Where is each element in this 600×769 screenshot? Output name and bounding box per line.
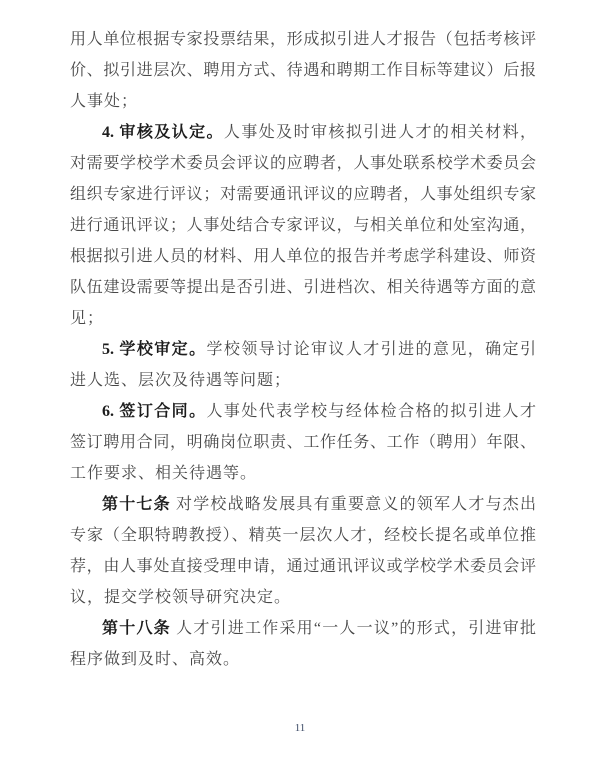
line-text: 荐，由人事处直接受理申请，通过通讯评议或学校学术委员会评 <box>70 558 536 575</box>
section-label: 5. 学校审定。 <box>102 341 207 358</box>
text-line: 组织专家进行评议；对需要通讯评议的应聘者，人事处组织专家 <box>70 179 536 210</box>
line-text: 根据拟引进人员的材料、用人单位的报告并考虑学科建设、师资 <box>70 248 536 265</box>
text-line: 见； <box>70 303 536 334</box>
line-text: 程序做到及时、高效。 <box>70 651 240 668</box>
line-text: 用人单位根据专家投票结果，形成拟引进人才报告（包括考核评 <box>70 31 536 48</box>
text-line: 价、拟引进层次、聘用方式、待遇和聘期工作目标等建议）后报 <box>70 55 536 86</box>
text-line: 对需要学校学术委员会评议的应聘者，人事处联系校学术委员会 <box>70 148 536 179</box>
text-line: 专家（全职特聘教授）、精英一层次人才，经校长提名或单位推 <box>70 520 536 551</box>
line-text: 对学校战略发展具有重要意义的领军人才与杰出 <box>171 496 536 513</box>
text-line: 工作要求、相关待遇等。 <box>70 458 536 489</box>
text-block: 用人单位根据专家投票结果，形成拟引进人才报告（包括考核评 价、拟引进层次、聘用方… <box>70 24 536 675</box>
text-line: 签订聘用合同，明确岗位职责、工作任务、工作（聘用）年限、 <box>70 427 536 458</box>
article-label: 第十七条 <box>102 496 171 513</box>
text-line: 进行通讯评议；人事处结合专家评议，与相关单位和处室沟通， <box>70 210 536 241</box>
text-line: 第十八条 人才引进工作采用“一人一议”的形式，引进审批 <box>70 613 536 644</box>
text-line: 程序做到及时、高效。 <box>70 644 536 675</box>
text-line: 荐，由人事处直接受理申请，通过通讯评议或学校学术委员会评 <box>70 551 536 582</box>
text-line: 进人选、层次及待遇等问题； <box>70 365 536 396</box>
line-text: 队伍建设需要等提出是否引进、引进档次、相关待遇等方面的意 <box>70 279 536 296</box>
text-line: 第十七条 对学校战略发展具有重要意义的领军人才与杰出 <box>70 489 536 520</box>
line-text: 签订聘用合同，明确岗位职责、工作任务、工作（聘用）年限、 <box>70 434 536 451</box>
text-line: 人事处； <box>70 86 536 117</box>
text-line: 根据拟引进人员的材料、用人单位的报告并考虑学科建设、师资 <box>70 241 536 272</box>
line-text: 见； <box>70 310 104 327</box>
section-label: 6. 签订合同。 <box>102 403 207 420</box>
line-text: 对需要学校学术委员会评议的应聘者，人事处联系校学术委员会 <box>70 155 536 172</box>
text-line: 4. 审核及认定。人事处及时审核拟引进人才的相关材料， <box>70 117 536 148</box>
line-text: 学校领导讨论审议人才引进的意见，确定引 <box>207 341 536 358</box>
line-text: 进行通讯评议；人事处结合专家评议，与相关单位和处室沟通， <box>70 217 536 234</box>
line-text: 人事处； <box>70 93 138 110</box>
line-text: 议，提交学校领导研究决定。 <box>70 589 291 606</box>
text-line: 队伍建设需要等提出是否引进、引进档次、相关待遇等方面的意 <box>70 272 536 303</box>
text-line: 议，提交学校领导研究决定。 <box>70 582 536 613</box>
line-text: 人事处及时审核拟引进人才的相关材料， <box>224 124 536 141</box>
line-text: 价、拟引进层次、聘用方式、待遇和聘期工作目标等建议）后报 <box>70 62 536 79</box>
line-text: 人事处代表学校与经体检合格的拟引进人才 <box>207 403 536 420</box>
line-text: 工作要求、相关待遇等。 <box>70 465 257 482</box>
text-line: 6. 签订合同。人事处代表学校与经体检合格的拟引进人才 <box>70 396 536 427</box>
section-label: 4. 审核及认定。 <box>102 124 224 141</box>
line-text: 进人选、层次及待遇等问题； <box>70 372 291 389</box>
line-text: 专家（全职特聘教授）、精英一层次人才，经校长提名或单位推 <box>70 527 536 544</box>
page-number: 11 <box>0 721 600 735</box>
line-text: 人才引进工作采用“一人一议”的形式，引进审批 <box>171 620 536 637</box>
text-line: 5. 学校审定。学校领导讨论审议人才引进的意见，确定引 <box>70 334 536 365</box>
line-text: 组织专家进行评议；对需要通讯评议的应聘者，人事处组织专家 <box>70 186 536 203</box>
document-page: 用人单位根据专家投票结果，形成拟引进人才报告（包括考核评 价、拟引进层次、聘用方… <box>0 0 600 769</box>
article-label: 第十八条 <box>102 620 171 637</box>
text-line: 用人单位根据专家投票结果，形成拟引进人才报告（包括考核评 <box>70 24 536 55</box>
